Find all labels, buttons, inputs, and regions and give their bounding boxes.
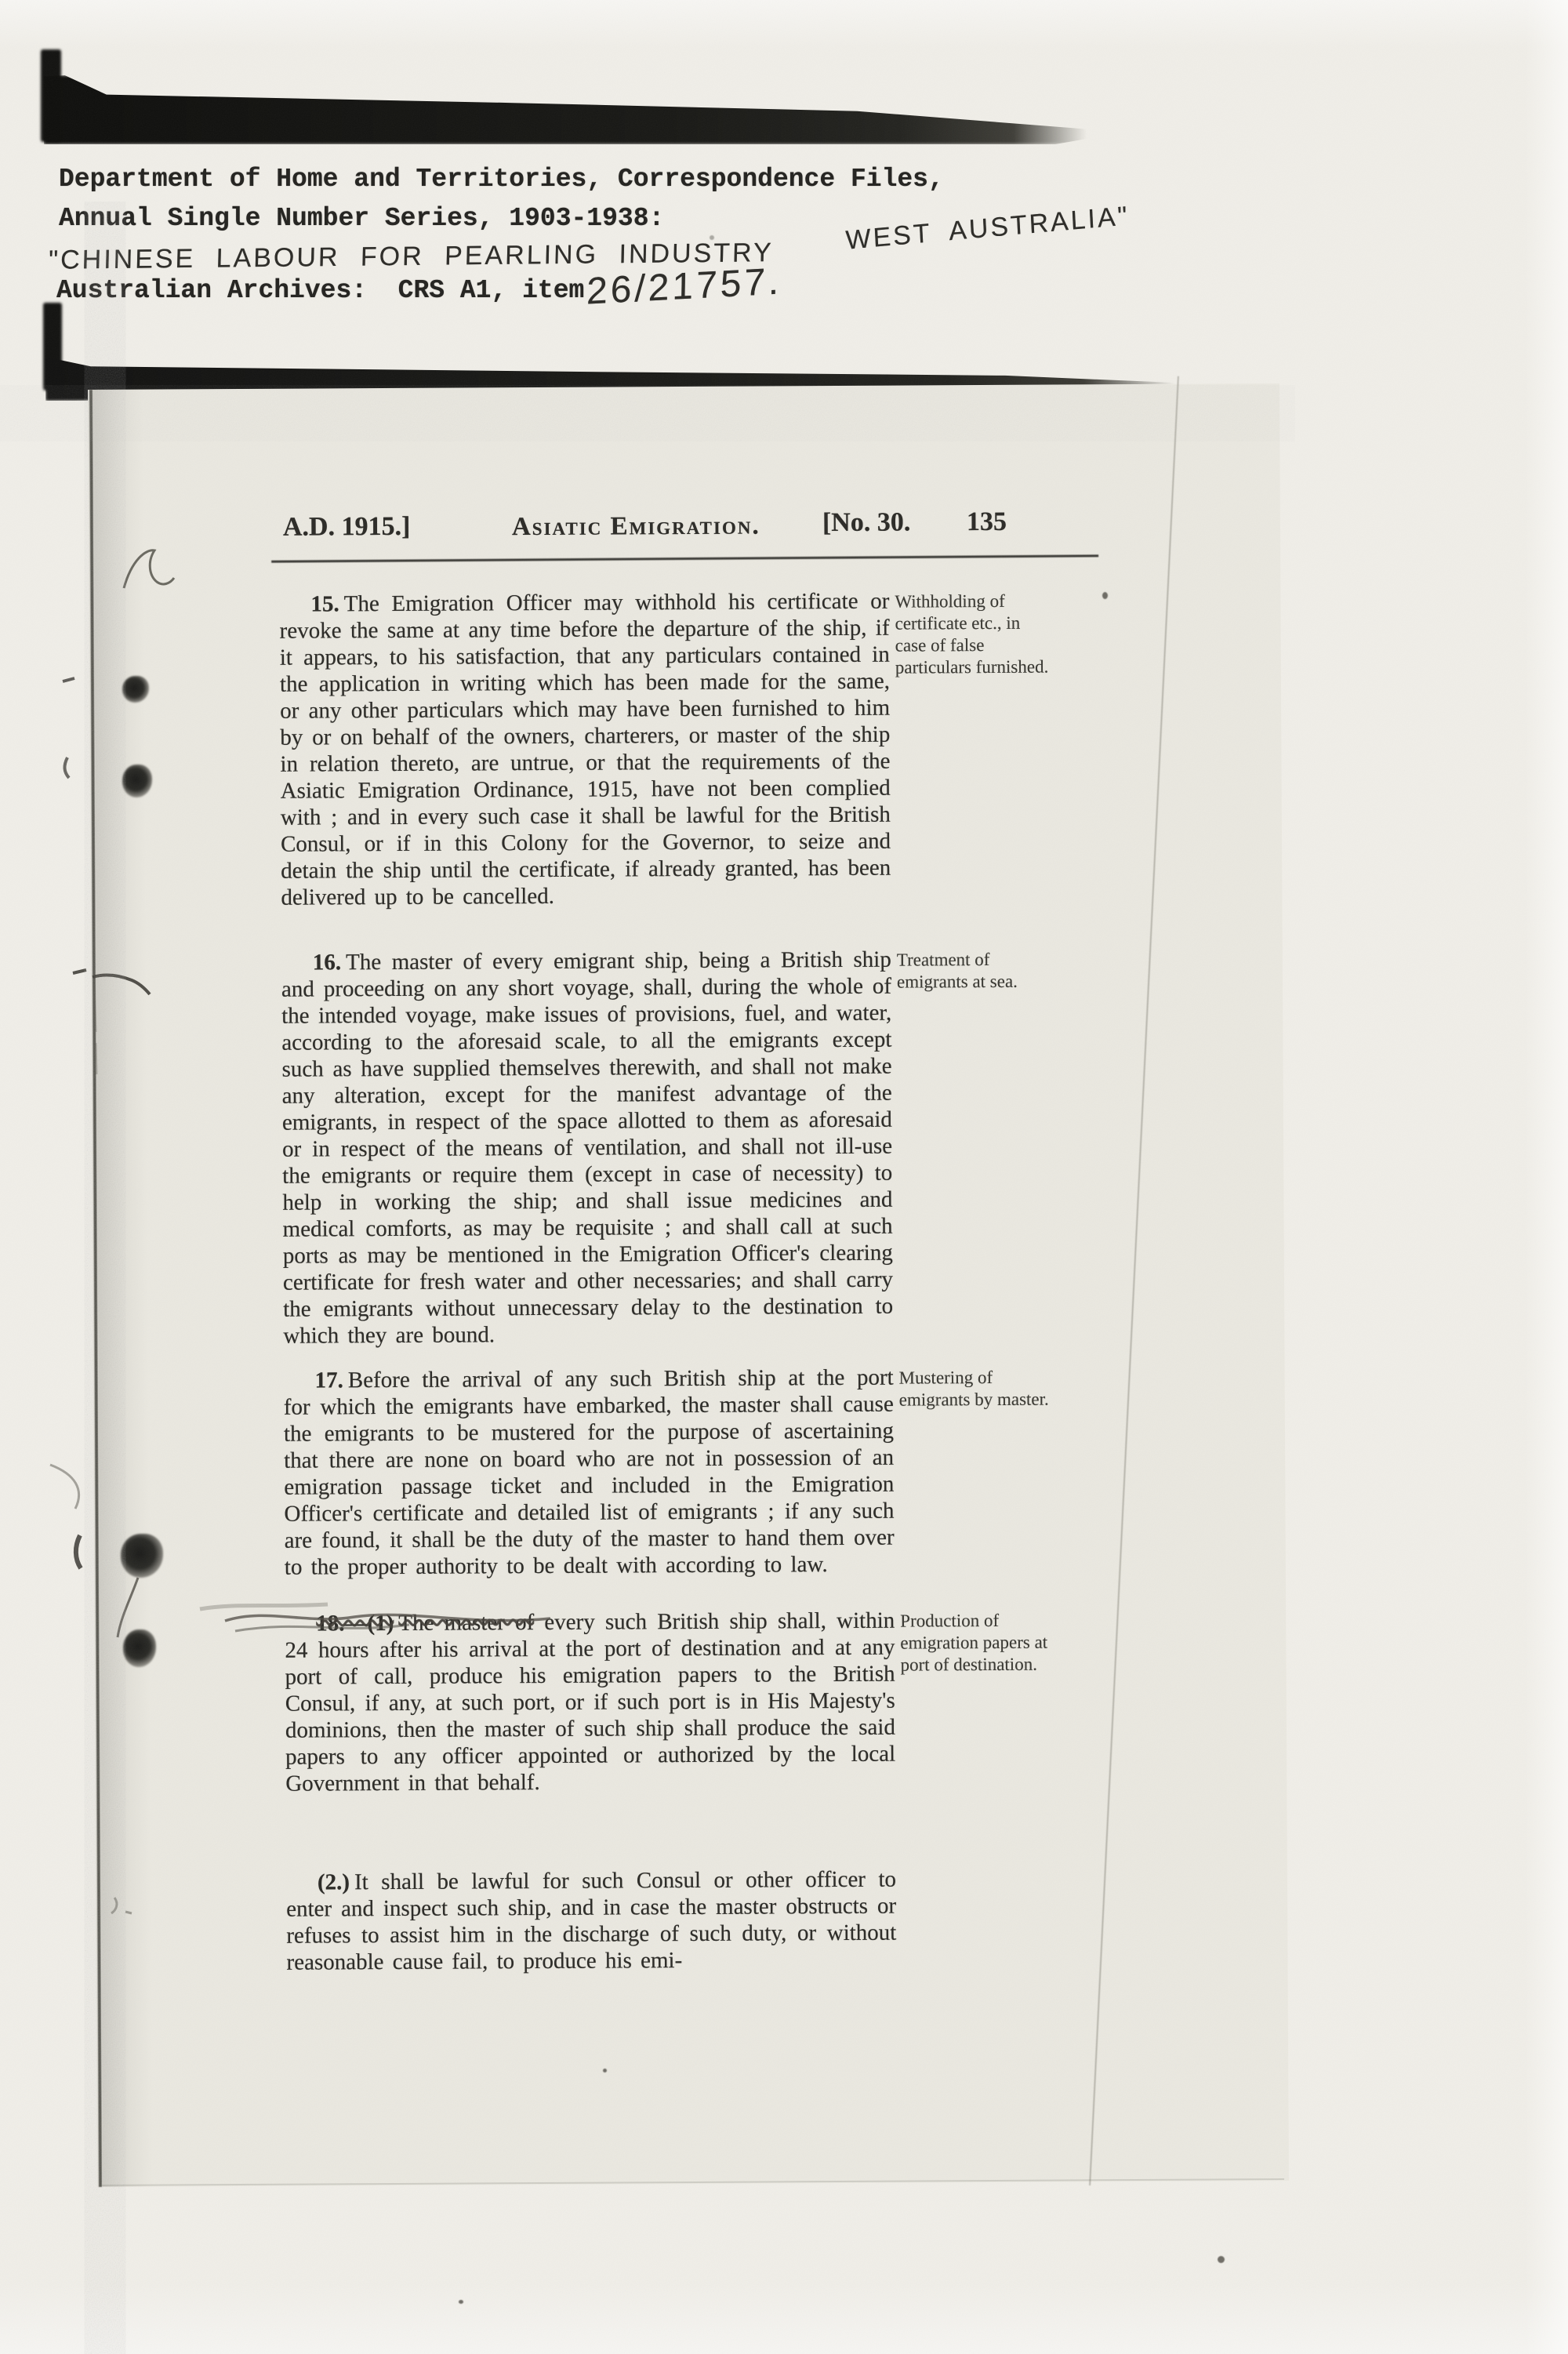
section-17-text: 17.Before the arrival of any such Britis… [284, 1364, 895, 1581]
section-17: 17.Before the arrival of any such Britis… [284, 1364, 895, 1581]
page-header-title: Asiatic Emigration. [512, 512, 760, 543]
paper-speck [603, 2069, 607, 2072]
section-18-text: 18.—(1)The master of every such British … [285, 1607, 895, 1797]
paper-speck [710, 235, 714, 240]
margin-note-15: Withholding of certificate etc., in case… [895, 590, 1052, 679]
margin-note-18: Production of emigration papers at port … [900, 1610, 1057, 1676]
scanned-page: A.D. 1915.] Asiatic Emigration. [No. 30.… [88, 383, 1289, 2187]
section-number: (2.) [318, 1869, 350, 1894]
section-15: 15.The Emigration Officer may withhold h… [279, 588, 891, 911]
header-rule [271, 554, 1098, 562]
section-number: 18.—(1) [316, 1611, 394, 1637]
section-16: 16.The master of every emigrant ship, be… [281, 946, 894, 1350]
photocopied-archive-document: Department of Home and Territories, Corr… [0, 0, 1568, 2354]
page-number: 135 [967, 507, 1007, 537]
handwritten-region: WEST AUSTRALIA" [845, 201, 1131, 256]
paper-speck [459, 2300, 463, 2304]
page-header-number: [No. 30. [822, 508, 911, 539]
page-header-date: A.D. 1915.] [283, 512, 411, 543]
paper-speck [1102, 592, 1108, 599]
section-15-text: 15.The Emigration Officer may withhold h… [279, 588, 891, 911]
struck-text: 18.—(1)The master of [316, 1610, 534, 1636]
section-16-text: 16.The master of every emigrant ship, be… [281, 946, 894, 1350]
section-number: 17. [315, 1368, 343, 1393]
page-right-edge [1089, 376, 1179, 2185]
archive-caption-line4: Australian Archives: CRS A1, item [56, 276, 584, 305]
margin-note-16: Treatment of emigrants at sea. [897, 949, 1054, 994]
paper-speck [1218, 2256, 1225, 2263]
photocopy-bar-top [44, 75, 1087, 144]
margin-note-17: Mustering of emigrants by master. [899, 1367, 1056, 1411]
section-number: 15. [310, 591, 339, 616]
section-number: 16. [313, 950, 341, 975]
archive-caption-line2: Annual Single Number Series, 1903-1938: [59, 204, 664, 233]
page-bottom-edge [100, 2178, 1284, 2186]
archive-caption-line1: Department of Home and Territories, Corr… [59, 165, 944, 194]
section-18-sub2: (2.)It shall be lawful for such Consul o… [286, 1866, 897, 1976]
section-18-sub2-text: (2.)It shall be lawful for such Consul o… [286, 1866, 897, 1976]
page-left-edge-shadow [93, 390, 153, 2187]
section-18: 18.—(1)The master of every such British … [285, 1607, 895, 1797]
handwritten-item-number: 26/21757. [586, 260, 782, 313]
